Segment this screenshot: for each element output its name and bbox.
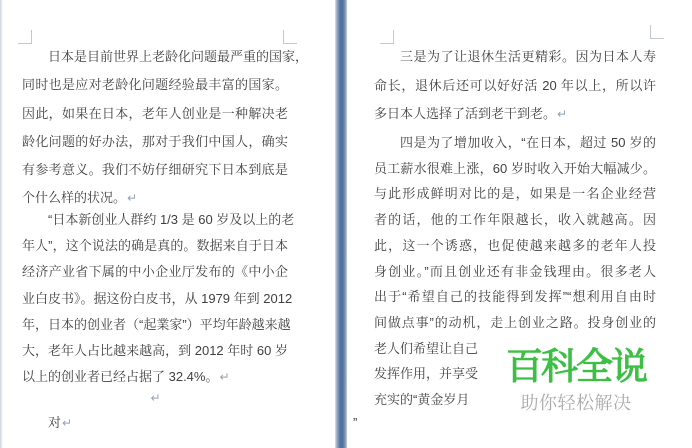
paragraph: 对↵ [22,410,288,436]
text-line: 者的话，他的工作年限越长，收入就越高。因 [374,207,656,233]
text-run: 身创业。”而且创业还有非金钱理由。很多老人 [374,264,656,279]
text-line: 同时也是应对老龄化问题经验最丰富的国家。 [22,71,288,99]
text-run: 同时也是应对老龄化问题经验最丰富的国家。 [22,77,288,92]
text-line: 四是为了增加收入，“在日本，超过 50 岁的 [374,130,656,156]
left-page-text-area: 日本是目前世界上老龄化问题最严重的国家，同时也是应对老龄化问题经验最丰富的国家。… [22,0,288,448]
text-run: 此，这一个诱惑，也促使越来越多的老年人投 [374,238,656,253]
watermark-card: 百科全说 助你轻松解决 [487,334,665,434]
page-edge-shadow [0,0,3,448]
text-line: 与此形成鲜明对比的是，如果是一名企业经营 [374,181,656,207]
paragraph-mark-icon: ↵ [126,191,137,205]
text-line: 多日本人选择了活到老干到老。↵ [374,100,656,129]
text-line: 有参考意义。我们不妨仔细研究下日本到底是 [22,156,288,184]
text-run: ” [353,415,357,430]
text-line: 间做点事”的动机，走上创业之路。投身创业的 [374,310,656,336]
text-run: 发挥作用，并享受 [374,366,478,381]
text-run: 个什么样的状况。 [22,190,126,205]
text-run: 者的话，他的工作年限越长，收入就越高。因 [374,212,656,227]
paragraph: 三是为了让退休生活更精彩。因为日本人寿命长，退休后还可以好好活 20 年以上，所… [374,43,656,129]
watermark-subtitle: 助你轻松解决 [521,389,632,415]
text-run: 四是为了增加收入，“在日本，超过 50 岁的 [400,135,656,150]
text-line: 出于“希望自己的技能得到发挥”“想利用自由时 [374,284,656,310]
text-run: 以上的创业者已经占据了 32.4%。 [22,369,218,384]
text-line: 对↵ [22,410,288,436]
paragraph-mark-icon: ↵ [218,370,229,384]
paragraph-mark-icon: ↵ [61,416,72,430]
text-run: 大，老年人占比越来越高，到 2012 年时 60 岁 [22,343,288,358]
text-run: 出于“希望自己的技能得到发挥”“想利用自由时 [374,289,656,304]
text-run: 业白皮书》。据这份白皮书，从 1979 年到 2012 [22,291,292,306]
text-line: 因此，如果在日本，老年人创业是一种解决老 [22,100,288,128]
text-run: 年，日本的创业者（“起業家”）平均年龄越来越 [22,317,291,332]
paragraph-mark-icon: ↵ [556,107,567,121]
document-page-left[interactable]: 日本是目前世界上老龄化问题最严重的国家，同时也是应对老龄化问题经验最丰富的国家。… [0,0,335,448]
text-run: 间做点事”的动机，走上创业之路。投身创业的 [374,315,656,330]
text-run: 对 [48,415,61,430]
text-line: 年人”，这个说法的确是真的。数据来自于日本 [22,233,288,259]
text-line: 龄化问题的好办法，那对于我们中国人，确实 [22,128,288,156]
text-run: 有参考意义。我们不妨仔细研究下日本到底是 [22,162,288,177]
document-view: 日本是目前世界上老龄化问题最严重的国家，同时也是应对老龄化问题经验最丰富的国家。… [0,0,692,448]
text-line: ↵ [22,385,288,411]
text-run: 年人”，这个说法的确是真的。数据来自于日本 [22,238,288,253]
paragraph-mark-icon: ↵ [149,391,160,405]
text-run: “日本新创业人群约 1/3 是 60 岁及以上的老 [48,212,294,227]
text-run: 多日本人选择了活到老干到老。 [374,106,556,121]
text-run: 因此，如果在日本，老年人创业是一种解决老 [22,106,288,121]
text-run: 与此形成鲜明对比的是，如果是一名企业经营 [374,186,656,201]
text-line: 业白皮书》。据这份白皮书，从 1979 年到 2012 [22,286,288,312]
text-run: 命长，退休后还可以好好活 20 年以上，所以许 [374,78,656,93]
text-line: 年，日本的创业者（“起業家”）平均年龄越来越 [22,312,288,338]
text-line: 身创业。”而且创业还有非金钱理由。很多老人 [374,259,656,285]
paragraph: 日本是目前世界上老龄化问题最严重的国家，同时也是应对老龄化问题经验最丰富的国家。… [22,43,288,213]
watermark-title: 百科全说 [506,347,646,388]
paragraph: ↵ [22,385,288,411]
text-run: 老人们希望让自己 [374,341,478,356]
page-gap-divider [335,0,347,448]
text-run: 经济产业省下属的中小企业厅发布的《中小企 [22,264,288,279]
text-run: 日本是目前世界上老龄化问题最严重的国家， [48,49,308,64]
text-line: 命长，退休后还可以好好活 20 年以上，所以许 [374,72,656,101]
text-run: 三是为了让退休生活更精彩。因为日本人寿 [400,49,656,64]
text-line: 员工薪水很难上涨，60 岁时收入开始大幅减少。 [374,156,656,182]
text-line: 经济产业省下属的中小企业厅发布的《中小企 [22,259,288,285]
text-run: 龄化问题的好办法，那对于我们中国人，确实 [22,134,288,149]
text-line: 此，这一个诱惑，也促使越来越多的老年人投 [374,233,656,259]
text-line: 日本是目前世界上老龄化问题最严重的国家， [22,43,288,71]
text-line: 三是为了让退休生活更精彩。因为日本人寿 [374,43,656,72]
text-run: 员工薪水很难上涨，60 岁时收入开始大幅减少。 [374,161,656,176]
text-line: “日本新创业人群约 1/3 是 60 岁及以上的老 [22,207,288,233]
text-line: 大，老年人占比越来越高，到 2012 年时 60 岁 [22,338,288,364]
paragraph: “日本新创业人群约 1/3 是 60 岁及以上的老年人”，这个说法的确是真的。数… [22,207,288,390]
text-run: 充实的“黄金岁月 [374,392,469,407]
